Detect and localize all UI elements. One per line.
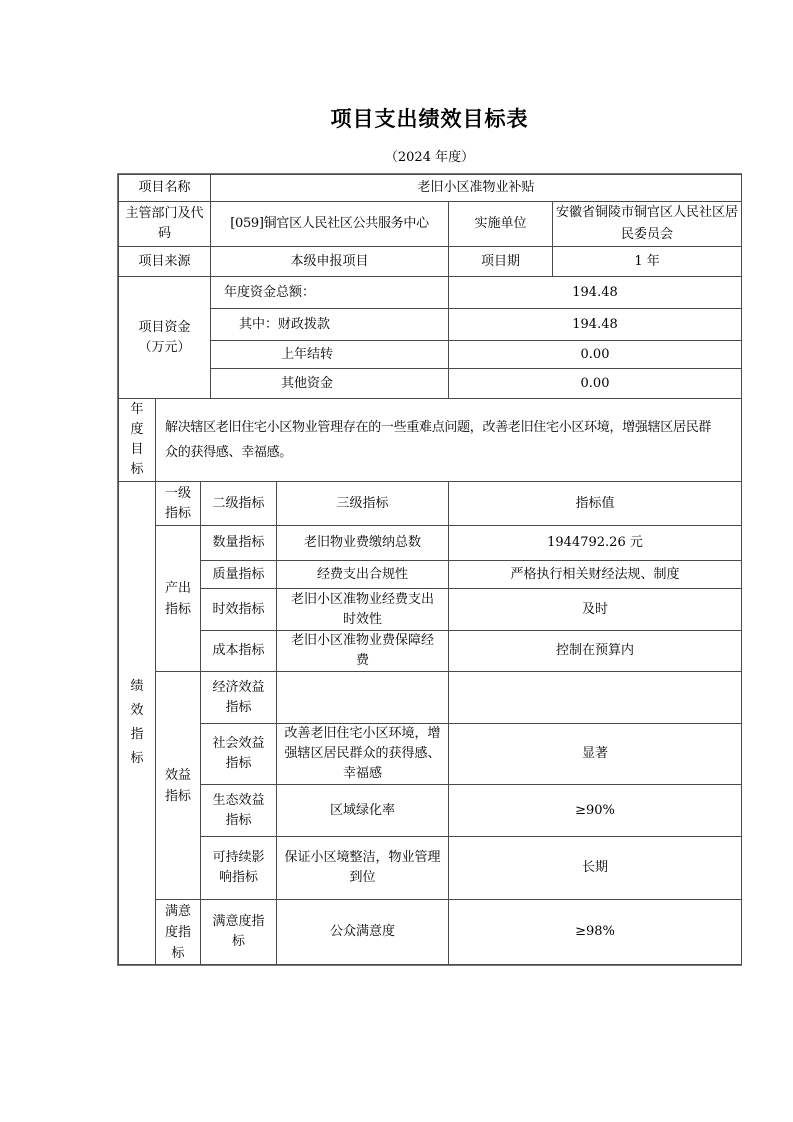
row-l3: 老旧物业费缴纳总数 xyxy=(277,526,449,561)
source-value: 本级申报项目 xyxy=(211,247,449,277)
row-l2: 经济效益 指标 xyxy=(201,672,277,724)
page-subtitle: （2024 年度） xyxy=(118,146,741,165)
row-l2: 数量指标 xyxy=(201,526,277,561)
annual-goal-text: 解决辖区老旧住宅小区物业管理存在的一些重难点问题，改善老旧住宅小区环境，增强辖区… xyxy=(156,399,742,482)
row-value: ≥90% xyxy=(449,785,742,837)
header-level3: 三级指标 xyxy=(277,482,449,526)
funding-fiscal-label: 其中：财政拨款 xyxy=(211,309,449,341)
row-l3: 改善老旧住宅小区环境，增 强辖区居民群众的获得感、 幸福感 xyxy=(277,724,449,785)
dept-row: 主管部门及代 码 [059]铜官区人民社区公共服务中心 实施单位 安徽省铜陵市铜… xyxy=(119,202,742,247)
indicator-row-quality: 质量指标 经费支出合规性 严格执行相关财经法规、制度 xyxy=(119,561,742,589)
funding-row-total: 项目资金 （万元） 年度资金总额： 194.48 xyxy=(119,277,742,309)
row-value: 控制在预算内 xyxy=(449,631,742,672)
project-info-table: 项目名称 老旧小区准物业补贴 主管部门及代 码 [059]铜官区人民社区公共服务… xyxy=(118,174,742,399)
header-level2: 二级指标 xyxy=(201,482,277,526)
row-value: 及时 xyxy=(449,589,742,631)
row-l3: 保证小区境整洁，物业管理 到位 xyxy=(277,837,449,900)
row-value xyxy=(449,672,742,724)
row-l2: 社会效益 指标 xyxy=(201,724,277,785)
row-l3: 老旧小区准物业经费支出 时效性 xyxy=(277,589,449,631)
indicators-side-label: 绩 效 指 标 xyxy=(119,482,156,965)
funding-total-value: 194.48 xyxy=(449,277,742,309)
funding-fiscal-value: 194.48 xyxy=(449,309,742,341)
indicator-row-ecological: 生态效益 指标 区域绿化率 ≥90% xyxy=(119,785,742,837)
funding-total-label: 年度资金总额： xyxy=(211,277,449,309)
project-name-row: 项目名称 老旧小区准物业补贴 xyxy=(119,175,742,202)
row-l2: 时效指标 xyxy=(201,589,277,631)
funding-carryover-label: 上年结转 xyxy=(211,341,449,369)
page-title: 项目支出绩效目标表 xyxy=(118,103,741,133)
indicator-row-timeliness: 时效指标 老旧小区准物业经费支出 时效性 及时 xyxy=(119,589,742,631)
project-name-value: 老旧小区准物业补贴 xyxy=(211,175,742,202)
funding-row-other: 其他资金 0.00 xyxy=(119,369,742,399)
row-l3: 经费支出合规性 xyxy=(277,561,449,589)
indicators-header-row: 绩 效 指 标 一级 指标 二级指标 三级指标 指标值 xyxy=(119,482,742,526)
impl-unit-value: 安徽省铜陵市铜官区人民社区居 民委员会 xyxy=(553,202,742,247)
indicator-row-satisfaction: 满意 度指 标 满意度指 标 公众满意度 ≥98% xyxy=(119,900,742,965)
funding-row-fiscal: 其中：财政拨款 194.48 xyxy=(119,309,742,341)
row-l2: 生态效益 指标 xyxy=(201,785,277,837)
funding-other-value: 0.00 xyxy=(449,369,742,399)
group-satisfaction-label: 满意 度指 标 xyxy=(156,900,201,965)
indicators-table: 绩 效 指 标 一级 指标 二级指标 三级指标 指标值 产出 指标 数量指标 老… xyxy=(118,481,742,965)
indicator-row-cost: 成本指标 老旧小区准物业费保障经 费 控制在预算内 xyxy=(119,631,742,672)
dept-value: [059]铜官区人民社区公共服务中心 xyxy=(211,202,449,247)
period-value: 1 年 xyxy=(553,247,742,277)
group-output-label: 产出 指标 xyxy=(156,526,201,672)
group-benefit-label: 效益 指标 xyxy=(156,672,201,900)
row-value: 显著 xyxy=(449,724,742,785)
document-body: 项目支出绩效目标表 （2024 年度） 项目名称 老旧小区准物业补贴 主管部门及… xyxy=(118,103,741,965)
row-l3: 公众满意度 xyxy=(277,900,449,965)
annual-goal-table: 年 度 目 标 解决辖区老旧住宅小区物业管理存在的一些重难点问题，改善老旧住宅小… xyxy=(118,398,742,482)
performance-target-table: 项目名称 老旧小区准物业补贴 主管部门及代 码 [059]铜官区人民社区公共服务… xyxy=(118,174,741,965)
indicator-row-social: 社会效益 指标 改善老旧住宅小区环境，增 强辖区居民群众的获得感、 幸福感 显著 xyxy=(119,724,742,785)
header-value: 指标值 xyxy=(449,482,742,526)
funding-other-label: 其他资金 xyxy=(211,369,449,399)
document-page: 项目支出绩效目标表 （2024 年度） 项目名称 老旧小区准物业补贴 主管部门及… xyxy=(0,0,793,1122)
funding-carryover-value: 0.00 xyxy=(449,341,742,369)
indicator-row-sustainability: 可持续影 响指标 保证小区境整洁，物业管理 到位 长期 xyxy=(119,837,742,900)
row-l2: 满意度指 标 xyxy=(201,900,277,965)
row-l2: 成本指标 xyxy=(201,631,277,672)
row-l3: 老旧小区准物业费保障经 费 xyxy=(277,631,449,672)
source-label: 项目来源 xyxy=(119,247,211,277)
annual-goal-row: 年 度 目 标 解决辖区老旧住宅小区物业管理存在的一些重难点问题，改善老旧住宅小… xyxy=(119,399,742,482)
row-l3 xyxy=(277,672,449,724)
annual-goal-label: 年 度 目 标 xyxy=(119,399,156,482)
dept-label: 主管部门及代 码 xyxy=(119,202,211,247)
project-name-label: 项目名称 xyxy=(119,175,211,202)
indicator-row-economic: 效益 指标 经济效益 指标 xyxy=(119,672,742,724)
row-value: 严格执行相关财经法规、制度 xyxy=(449,561,742,589)
row-l2: 可持续影 响指标 xyxy=(201,837,277,900)
funding-section-label: 项目资金 （万元） xyxy=(119,277,211,399)
row-l2: 质量指标 xyxy=(201,561,277,589)
funding-row-carryover: 上年结转 0.00 xyxy=(119,341,742,369)
indicator-row-quantity: 产出 指标 数量指标 老旧物业费缴纳总数 1944792.26 元 xyxy=(119,526,742,561)
row-l3: 区域绿化率 xyxy=(277,785,449,837)
row-value: ≥98% xyxy=(449,900,742,965)
period-label: 项目期 xyxy=(449,247,553,277)
source-row: 项目来源 本级申报项目 项目期 1 年 xyxy=(119,247,742,277)
row-value: 长期 xyxy=(449,837,742,900)
header-level1: 一级 指标 xyxy=(156,482,201,526)
impl-unit-label: 实施单位 xyxy=(449,202,553,247)
row-value: 1944792.26 元 xyxy=(449,526,742,561)
